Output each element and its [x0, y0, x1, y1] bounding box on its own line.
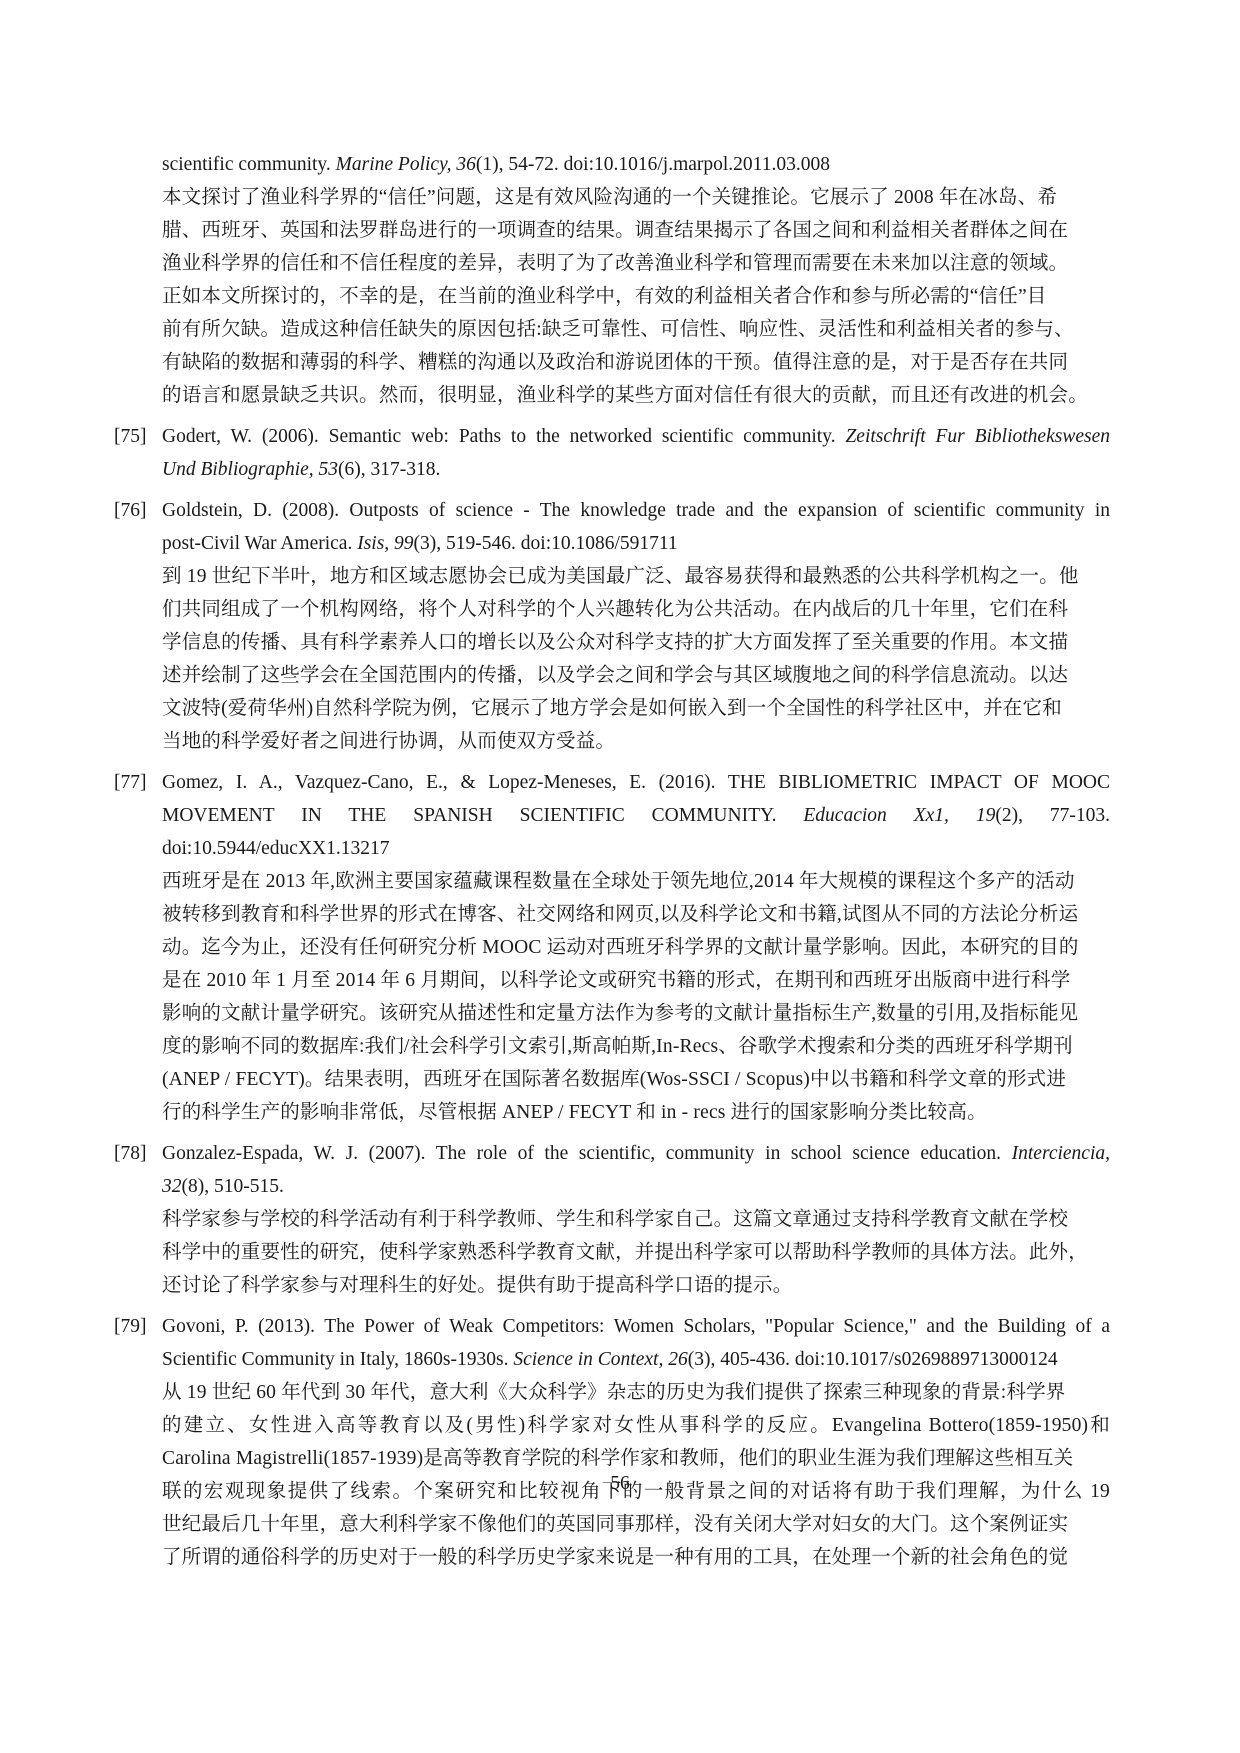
abstract-line: 被转移到教育和科学世界的形式在博客、社交网络和网页,以及科学论文和书籍,试图从不… [162, 898, 1110, 931]
journal-title: Zeitschrift Fur Bibliothekswesen [845, 426, 1110, 447]
citation-line: Gomez, I. A., Vazquez-Cano, E., & Lopez-… [162, 766, 1110, 799]
abstract-line: 腊、西班牙、英国和法罗群岛进行的一项调查的结果。调查结果揭示了各国之间和利益相关… [162, 214, 1110, 247]
reference-77: [77] Gomez, I. A., Vazquez-Cano, E., & L… [162, 766, 1110, 1129]
journal-title: Science in Context, 26 [513, 1349, 687, 1370]
abstract-line: 有缺陷的数据和薄弱的科学、糟糕的沟通以及政治和游说团体的干预。值得注意的是，对于… [162, 346, 1110, 379]
citation-line: doi:10.5944/educXX1.13217 [162, 832, 1110, 865]
reference-number: [79] [114, 1310, 147, 1343]
journal-title: Und Bibliographie, 53 [162, 459, 338, 480]
citation-line: Godert, W. (2006). Semantic web: Paths t… [162, 420, 1110, 453]
abstract-line: 世纪最后几十年里，意大利科学家不像他们的英国同事那样，没有关闭大学对妇女的大门。… [162, 1508, 1110, 1541]
abstract-line: 文波特(爱荷华州)自然科学院为例，它展示了地方学会是如何嵌入到一个全国性的科学社… [162, 692, 1110, 725]
reference-79: [79] Govoni, P. (2013). The Power of Wea… [162, 1310, 1110, 1574]
abstract-line: 从 19 世纪 60 年代到 30 年代，意大利《大众科学》杂志的历史为我们提供… [162, 1376, 1110, 1409]
citation-line: Gonzalez-Espada, W. J. (2007). The role … [162, 1137, 1110, 1170]
abstract-line: 科学中的重要性的研究，使科学家熟悉科学教育文献，并提出科学家可以帮助科学教师的具… [162, 1236, 1110, 1269]
abstract-line: 当地的科学爱好者之间进行协调，从而使双方受益。 [162, 725, 1110, 758]
citation-line: MOVEMENT IN THE SPANISH SCIENTIFIC COMMU… [162, 799, 1110, 832]
abstract-line: 度的影响不同的数据库:我们/社会科学引文索引,斯高帕斯,In-Recs、谷歌学术… [162, 1030, 1110, 1063]
abstract-line: 是在 2010 年 1 月至 2014 年 6 月期间，以科学论文或研究书籍的形… [162, 964, 1110, 997]
reference-75: [75] Godert, W. (2006). Semantic web: Pa… [162, 420, 1110, 486]
reference-continuation: scientific community. Marine Policy, 36(… [162, 148, 1110, 412]
page-number: 56 [0, 1472, 1240, 1496]
journal-title: Isis, 99 [357, 533, 413, 554]
citation-line: scientific community. Marine Policy, 36(… [162, 148, 1110, 181]
abstract-line: 的语言和愿景缺乏共识。然而，很明显，渔业科学的某些方面对信任有很大的贡献，而且还… [162, 379, 1110, 412]
abstract-line: 的建立、女性进入高等教育以及(男性)科学家对女性从事科学的反应。Evangeli… [162, 1409, 1110, 1442]
abstract-line: 学信息的传播、具有科学素养人口的增长以及公众对科学支持的扩大方面发挥了至关重要的… [162, 626, 1110, 659]
page-content: scientific community. Marine Policy, 36(… [162, 148, 1110, 1574]
reference-78: [78] Gonzalez-Espada, W. J. (2007). The … [162, 1137, 1110, 1302]
citation-line: Und Bibliographie, 53(6), 317-318. [162, 453, 1110, 486]
abstract-line: 渔业科学界的信任和不信任程度的差异，表明了为了改善渔业科学和管理而需要在未来加以… [162, 247, 1110, 280]
abstract-line: Carolina Magistrelli(1857-1939)是高等教育学院的科… [162, 1442, 1110, 1475]
journal-title: Educacion Xx1, 19 [803, 805, 995, 826]
citation-line: post-Civil War America. Isis, 99(3), 519… [162, 527, 1110, 560]
citation-line: Govoni, P. (2013). The Power of Weak Com… [162, 1310, 1110, 1343]
abstract-line: 西班牙是在 2013 年,欧洲主要国家蕴藏课程数量在全球处于领先地位,2014 … [162, 865, 1110, 898]
document-page: scientific community. Marine Policy, 36(… [0, 0, 1240, 1753]
abstract-line: 前有所欠缺。造成这种信任缺失的原因包括:缺乏可靠性、可信性、响应性、灵活性和利益… [162, 313, 1110, 346]
journal-title: Marine Policy, 36 [336, 154, 476, 175]
abstract-line: 正如本文所探讨的，不幸的是，在当前的渔业科学中，有效的利益相关者合作和参与所必需… [162, 280, 1110, 313]
citation-line: Goldstein, D. (2008). Outposts of scienc… [162, 494, 1110, 527]
citation-line: 32(8), 510-515. [162, 1170, 1110, 1203]
reference-number: [76] [114, 494, 147, 527]
abstract-line: 了所谓的通俗科学的历史对于一般的科学历史学家来说是一种有用的工具，在处理一个新的… [162, 1541, 1110, 1574]
reference-76: [76] Goldstein, D. (2008). Outposts of s… [162, 494, 1110, 758]
abstract-line: 动。迄今为止，还没有任何研究分析 MOOC 运动对西班牙科学界的文献计量学影响。… [162, 931, 1110, 964]
abstract-line: 还讨论了科学家参与对理科生的好处。提供有助于提高科学口语的提示。 [162, 1269, 1110, 1302]
citation-line: Scientific Community in Italy, 1860s-193… [162, 1343, 1110, 1376]
journal-title: Interciencia, [1012, 1143, 1110, 1164]
abstract-line: 影响的文献计量学研究。该研究从描述性和定量方法作为参考的文献计量指标生产,数量的… [162, 997, 1110, 1030]
reference-number: [75] [114, 420, 147, 453]
abstract-line: (ANEP / FECYT)。结果表明，西班牙在国际著名数据库(Wos-SSCI… [162, 1063, 1110, 1096]
reference-number: [78] [114, 1137, 147, 1170]
abstract-line: 行的科学生产的影响非常低，尽管根据 ANEP / FECYT 和 in - re… [162, 1096, 1110, 1129]
volume-number: 32 [162, 1176, 182, 1197]
abstract-line: 到 19 世纪下半叶，地方和区域志愿协会已成为美国最广泛、最容易获得和最熟悉的公… [162, 560, 1110, 593]
abstract-line: 述并绘制了这些学会在全国范围内的传播，以及学会之间和学会与其区域腹地之间的科学信… [162, 659, 1110, 692]
abstract-line: 们共同组成了一个机构网络，将个人对科学的个人兴趣转化为公共活动。在内战后的几十年… [162, 593, 1110, 626]
reference-number: [77] [114, 766, 147, 799]
abstract-line: 本文探讨了渔业科学界的“信任”问题，这是有效风险沟通的一个关键推论。它展示了 2… [162, 181, 1110, 214]
abstract-line: 科学家参与学校的科学活动有利于科学教师、学生和科学家自己。这篇文章通过支持科学教… [162, 1203, 1110, 1236]
